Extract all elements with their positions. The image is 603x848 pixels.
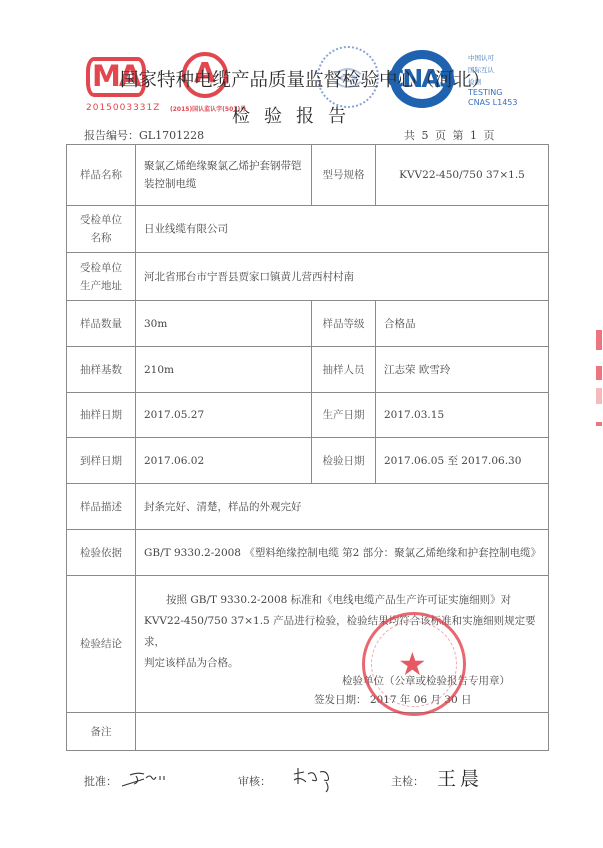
approve-label: 批准：: [84, 773, 117, 789]
value-sample-grade: 合格品: [376, 301, 549, 347]
table-row: 受检单位名称 日业线缆有限公司: [67, 206, 549, 253]
table-row: 备注: [67, 713, 549, 751]
label-sample-quantity: 样品数量: [67, 301, 136, 347]
reviewer-signature-icon: [290, 764, 340, 794]
value-sampler: 江志荣 欧雪玲: [376, 347, 549, 393]
value-inspection-date: 2017.06.05 至 2017.06.30: [376, 438, 549, 484]
value-production-address: 河北省邢台市宁晋县贾家口镇黄儿营西村村南: [136, 253, 549, 301]
table-row: 到样日期 2017.06.02 检验日期 2017.06.05 至 2017.0…: [67, 438, 549, 484]
label-sampler: 抽样人员: [312, 347, 376, 393]
value-sample-description: 封条完好、清楚，样品的外观完好: [136, 484, 549, 530]
label-sample-description: 样品描述: [67, 484, 136, 530]
report-title: 检验报告: [232, 102, 360, 128]
conclusion-line: KVV22-450/750 37×1.5 产品进行检验，检验结果均符合该标准和实…: [144, 611, 540, 653]
page-info: 共 5 页 第 1 页: [404, 127, 494, 143]
value-inspection-basis: GB/T 9330.2-2008 《塑料绝缘控制电缆 第2 部分：聚氯乙烯绝缘和…: [136, 530, 549, 576]
value-inspected-unit: 日业线缆有限公司: [136, 206, 549, 253]
label-inspection-basis: 检验依据: [67, 530, 136, 576]
table-row: 样品数量 30m 样品等级 合格品: [67, 301, 549, 347]
table-row: 抽样基数 210m 抽样人员 江志荣 欧雪玲: [67, 347, 549, 393]
issuing-unit: 检验单位（公章或检验报告专用章）: [342, 672, 510, 691]
label-production-address: 受检单位生产地址: [67, 253, 136, 301]
value-sample-name: 聚氯乙烯绝缘聚氯乙烯护套钢带铠装控制电缆: [136, 145, 312, 206]
label-model-spec: 型号规格: [312, 145, 376, 206]
report-number: 报告编号：GL1701228: [84, 127, 204, 143]
cma-code: 2015003331Z: [86, 103, 160, 113]
value-remarks: [136, 713, 549, 751]
inspector-label: 主检：: [391, 773, 424, 789]
inspection-table: 样品名称 聚氯乙烯绝缘聚氯乙烯护套钢带铠装控制电缆 型号规格 KVV22-450…: [66, 144, 549, 751]
label-sample-grade: 样品等级: [312, 301, 376, 347]
approver-signature-icon: [120, 766, 170, 788]
review-label: 审核：: [238, 773, 271, 789]
label-production-date: 生产日期: [312, 393, 376, 438]
table-row: 抽样日期 2017.05.27 生产日期 2017.03.15: [67, 393, 549, 438]
label-arrival-date: 到样日期: [67, 438, 136, 484]
label-sample-name: 样品名称: [67, 145, 136, 206]
label-conclusion: 检验结论: [67, 576, 136, 713]
label-line: 生产地址: [71, 277, 131, 295]
label-sampling-date: 抽样日期: [67, 393, 136, 438]
table-row: 样品描述 封条完好、清楚，样品的外观完好: [67, 484, 549, 530]
value-sampling-base: 210m: [136, 347, 312, 393]
table-row: 检验结论 按照 GB/T 9330.2-2008 标准和《电线电缆产品生产许可证…: [67, 576, 549, 713]
issuer-block: 检验单位（公章或检验报告专用章） 签发日期： 2017 年 06 月 30 日: [314, 672, 510, 710]
label-line: 受检单位: [71, 259, 131, 277]
value-production-date: 2017.03.15: [376, 393, 549, 438]
inspector-signature: 王晨: [437, 764, 483, 791]
value-arrival-date: 2017.06.02: [136, 438, 312, 484]
conclusion-line: 按照 GB/T 9330.2-2008 标准和《电线电缆产品生产许可证实施细则》…: [144, 590, 540, 611]
label-inspected-unit: 受检单位名称: [67, 206, 136, 253]
conclusion-line: 判定该样品为合格。: [144, 653, 540, 674]
label-line: 名称: [71, 229, 131, 247]
value-sampling-date: 2017.05.27: [136, 393, 312, 438]
value-model-spec: KVV22-450/750 37×1.5: [376, 145, 549, 206]
value-sample-quantity: 30m: [136, 301, 312, 347]
label-remarks: 备注: [67, 713, 136, 751]
label-line: 受检单位: [71, 211, 131, 229]
page-seam-stamp-icon: [594, 330, 603, 450]
label-sampling-base: 抽样基数: [67, 347, 136, 393]
table-row: 检验依据 GB/T 9330.2-2008 《塑料绝缘控制电缆 第2 部分：聚氯…: [67, 530, 549, 576]
cnas-side-line: 中国认可: [468, 52, 517, 64]
report-number-value: GL1701228: [139, 129, 204, 142]
report-number-label: 报告编号：: [84, 129, 139, 142]
table-row: 受检单位生产地址 河北省邢台市宁晋县贾家口镇黄儿营西村村南: [67, 253, 549, 301]
organization-title: 国家特种电缆产品质量监督检验中心（河北）: [120, 66, 490, 92]
issue-date: 签发日期： 2017 年 06 月 30 日: [314, 691, 510, 710]
cnas-side-line: CNAS L1453: [468, 98, 517, 108]
label-inspection-date: 检验日期: [312, 438, 376, 484]
table-row: 样品名称 聚氯乙烯绝缘聚氯乙烯护套钢带铠装控制电缆 型号规格 KVV22-450…: [67, 145, 549, 206]
value-conclusion: 按照 GB/T 9330.2-2008 标准和《电线电缆产品生产许可证实施细则》…: [136, 576, 549, 713]
